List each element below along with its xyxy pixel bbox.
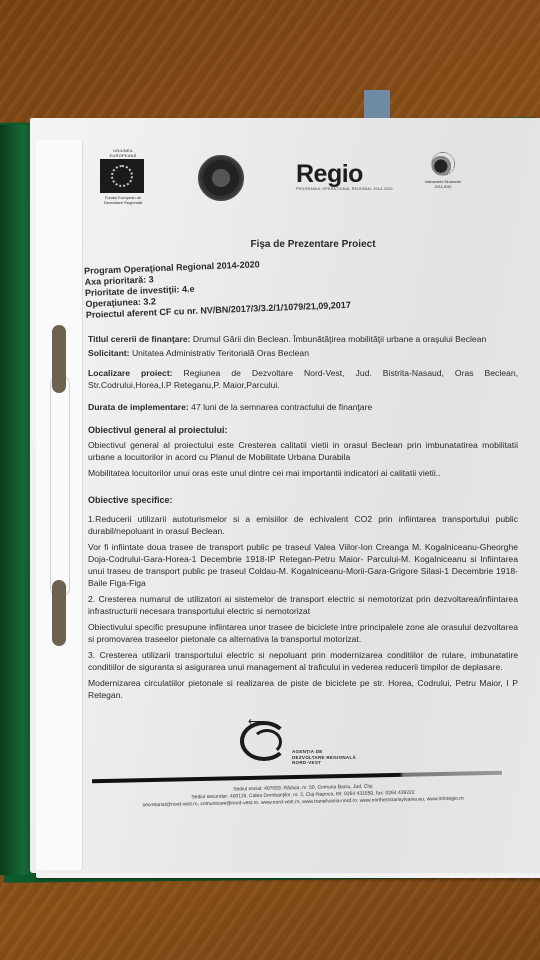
adr-nord-vest-logo: ⟵ AGENŢIA DE DEZVOLTARE REGIONALĂ NORD-V…	[88, 715, 518, 775]
obiectiv-specific-2-detail: Obiectivului specific presupune infiinta…	[88, 621, 518, 645]
field-durata-value: 47 luni de la semnarea contractului de f…	[191, 402, 372, 412]
eu-flag-icon	[100, 159, 144, 193]
regio-logo: Regio PROGRAMUL OPERAȚIONAL REGIONAL 201…	[296, 162, 393, 191]
binder-clip-bottom	[52, 580, 66, 646]
romanian-government-seal-icon	[198, 155, 244, 201]
obiective-specifice-heading: Obiective specifice:	[88, 495, 518, 505]
field-durata-label: Durata de implementare:	[88, 402, 189, 412]
binder-clip-top	[52, 325, 66, 393]
document-content: UNIUNEA EUROPEANĂ Fondul European de Dez…	[88, 140, 518, 806]
eu-logo: UNIUNEA EUROPEANĂ Fondul European de Dez…	[100, 148, 146, 205]
eu-caption-bottom: Fondul European de Dezvoltare Regională	[100, 195, 146, 205]
adr-agency-name: AGENŢIA DE DEZVOLTARE REGIONALĂ NORD-VES…	[292, 749, 356, 766]
obiectiv-general-heading: Obiectivul general al proiectului:	[88, 425, 518, 435]
header-logos: UNIUNEA EUROPEANĂ Fondul European de Dez…	[88, 140, 518, 215]
obiectiv-specific-1-detail: Vor fi infiintate doua trasee de transpo…	[88, 541, 518, 589]
field-durata: Durata de implementare: 47 luni de la se…	[88, 401, 518, 413]
field-titlu: Titlul cererii de finanţare: Drumul Gări…	[88, 333, 518, 345]
field-localizare: Localizare proiect: Regiunea de Dezvolta…	[88, 367, 518, 391]
field-titlu-value: Drumul Gării din Beclean. Îmbunătăţirea …	[193, 334, 486, 344]
index-tab-marker	[364, 90, 390, 120]
document-title: Fişa de Prezentare Proiect	[108, 239, 518, 250]
obiectiv-general-p1: Obiectivul general al proiectului este C…	[88, 439, 518, 463]
globe-icon	[431, 152, 455, 176]
instrumente-caption: Instrumente Structurale 2014-2020	[423, 180, 463, 190]
field-solicitant-value: Unitatea Administrativ Teritorială Oras …	[132, 348, 309, 358]
field-solicitant: Solicitant: Unitatea Administrativ Terit…	[88, 347, 518, 359]
obiectiv-specific-3-detail: Modernizarea circulatiilor pietonale si …	[88, 677, 518, 701]
field-titlu-label: Titlul cererii de finanţare:	[88, 334, 191, 344]
obiectiv-specific-3: 3. Cresterea utilizarii transportului el…	[88, 649, 518, 673]
instrumente-structurale-logo: Instrumente Structurale 2014-2020	[423, 152, 463, 190]
obiectiv-specific-2: 2. Cresterea numarul de utilizatori ai s…	[88, 593, 518, 617]
binder-rail	[50, 375, 70, 597]
obiectiv-general-p2: Mobilitatea locuitorilor unui oras este …	[88, 467, 518, 479]
regio-subtitle: PROGRAMUL OPERAȚIONAL REGIONAL 2014-2020	[296, 187, 393, 191]
field-localizare-label: Localizare proiect:	[88, 368, 173, 378]
adr-name-line-3: NORD-VEST	[292, 760, 356, 766]
eu-caption-top: UNIUNEA EUROPEANĂ	[100, 148, 146, 158]
field-solicitant-label: Solicitant:	[88, 348, 130, 358]
eu-stars-icon	[111, 165, 133, 187]
obiectiv-specific-1: 1.Reducerii utilizarii autoturismelor si…	[88, 513, 518, 537]
regio-wordmark: Regio	[296, 162, 393, 187]
program-meta: Program Operaţional Regional 2014-2020 A…	[84, 249, 520, 321]
adr-logo-inner-arc	[252, 729, 282, 755]
